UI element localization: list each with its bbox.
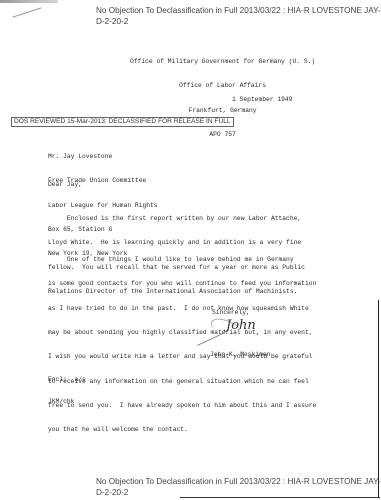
document-page: No Objection To Declassification in Full… xyxy=(0,0,381,500)
body-line: Enclosed is the first report written by … xyxy=(48,215,305,223)
scan-edge-right xyxy=(378,300,379,498)
body-paragraph-2: One of the things I would like to leave … xyxy=(48,240,316,450)
signer-name: John K. Meskimen xyxy=(210,351,270,359)
recipient-line-1: Mr. Jay Lovestone xyxy=(48,153,158,161)
declassification-stamp-top: No Objection To Declassification in Full… xyxy=(96,6,381,27)
salutation: Dear Jay, xyxy=(48,181,82,189)
closing: Sincerely, xyxy=(212,309,250,317)
letterhead-line-4: APO 757 xyxy=(130,131,315,139)
stamp-line-2: D-2-20-2 xyxy=(96,488,381,499)
declassification-stamp-bottom: No Objection To Declassification in Full… xyxy=(96,477,381,498)
enclosure-note: Encl: a/s xyxy=(48,376,86,384)
typist-initials: JKM/chk xyxy=(48,398,74,406)
letterhead-line-1: Office of Military Government for German… xyxy=(130,58,315,66)
handwritten-signature: John xyxy=(226,318,256,333)
scan-smear xyxy=(0,0,58,3)
body-line: free to send you. I have already spoken … xyxy=(48,402,316,410)
body-line: may be about sending you highly classifi… xyxy=(48,329,316,337)
body-line: you that he will welcome the contact. xyxy=(48,426,316,434)
stamp-line-1: No Objection To Declassification in Full… xyxy=(96,477,381,488)
body-line: I wish you would write him a letter and … xyxy=(48,353,316,361)
stamp-line-1: No Objection To Declassification in Full… xyxy=(96,6,381,17)
body-line: is some good contacts for you who will c… xyxy=(48,280,316,288)
body-line: to receive any information on the genera… xyxy=(48,378,316,386)
dos-review-stamp: DOS REVIEWED 15-Mar-2013: DECLASSIFIED F… xyxy=(11,117,234,127)
stamp-line-2: D-2-20-2 xyxy=(96,17,381,28)
body-line: One of the things I would like to leave … xyxy=(48,256,316,264)
letter-date: 1 September 1949 xyxy=(232,96,292,104)
letterhead-line-3: Frankfurt, Germany xyxy=(130,107,315,115)
body-line: as I have tried to do in the past. I do … xyxy=(48,305,316,313)
pencil-mark xyxy=(13,7,42,17)
letterhead-line-2: Office of Labor Affairs xyxy=(130,82,315,90)
